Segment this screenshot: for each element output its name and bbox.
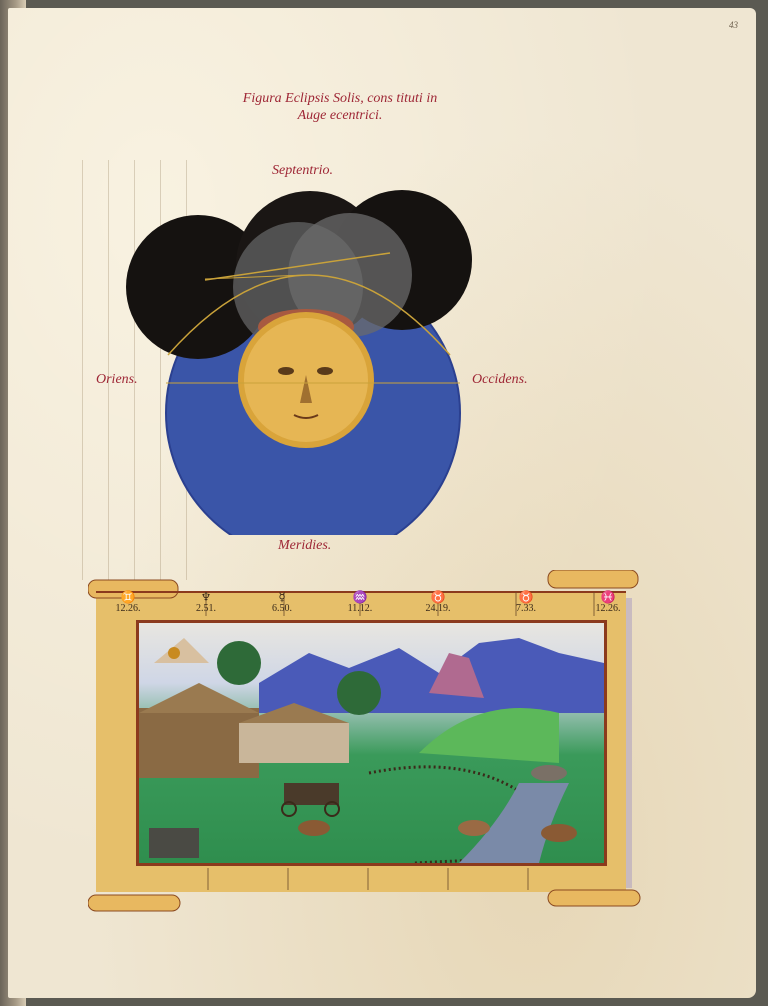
astro-symbol-icon: ♓ (588, 592, 628, 603)
caption-line-1: Figura Eclipsis Solis, cons tituti in (190, 90, 490, 107)
zodiac-position-2: ♆2.51. (186, 592, 226, 614)
zodiac-position-4: ♒11.12. (340, 592, 380, 614)
illumination-frame (88, 570, 648, 920)
label-south: Meridies. (278, 538, 331, 554)
label-east: Occidens. (472, 372, 528, 388)
astro-symbol-icon: ☿ (262, 592, 302, 603)
sun-icon (168, 647, 180, 659)
caption-line-2: Auge ecentrici. (190, 107, 490, 124)
zodiac-position-5: ♉24.19. (418, 592, 458, 614)
mountains (259, 638, 604, 713)
green-hill (419, 708, 559, 763)
astro-symbol-icon: ♆ (186, 592, 226, 603)
astro-symbol-icon: ♒ (340, 592, 380, 603)
zodiac-position-6: ♉7.33. (506, 592, 546, 614)
zodiac-position-3: ☿6.50. (262, 592, 302, 614)
well (149, 828, 199, 858)
astro-symbol-icon: ♉ (418, 592, 458, 603)
tree (217, 641, 261, 685)
diagram-caption: Figura Eclipsis Solis, cons tituti in Au… (190, 90, 490, 124)
horse (298, 820, 330, 836)
zodiac-position-1: ♊12.26. (108, 592, 148, 614)
astro-symbol-icon: ♉ (506, 592, 546, 603)
gemini-icon: ♊ (108, 592, 148, 603)
zodiac-position-7: ♓12.26. (588, 592, 628, 614)
folio-number: 43 (729, 20, 738, 30)
landscape-painting (136, 620, 607, 866)
eclipse-diagram (120, 175, 480, 535)
